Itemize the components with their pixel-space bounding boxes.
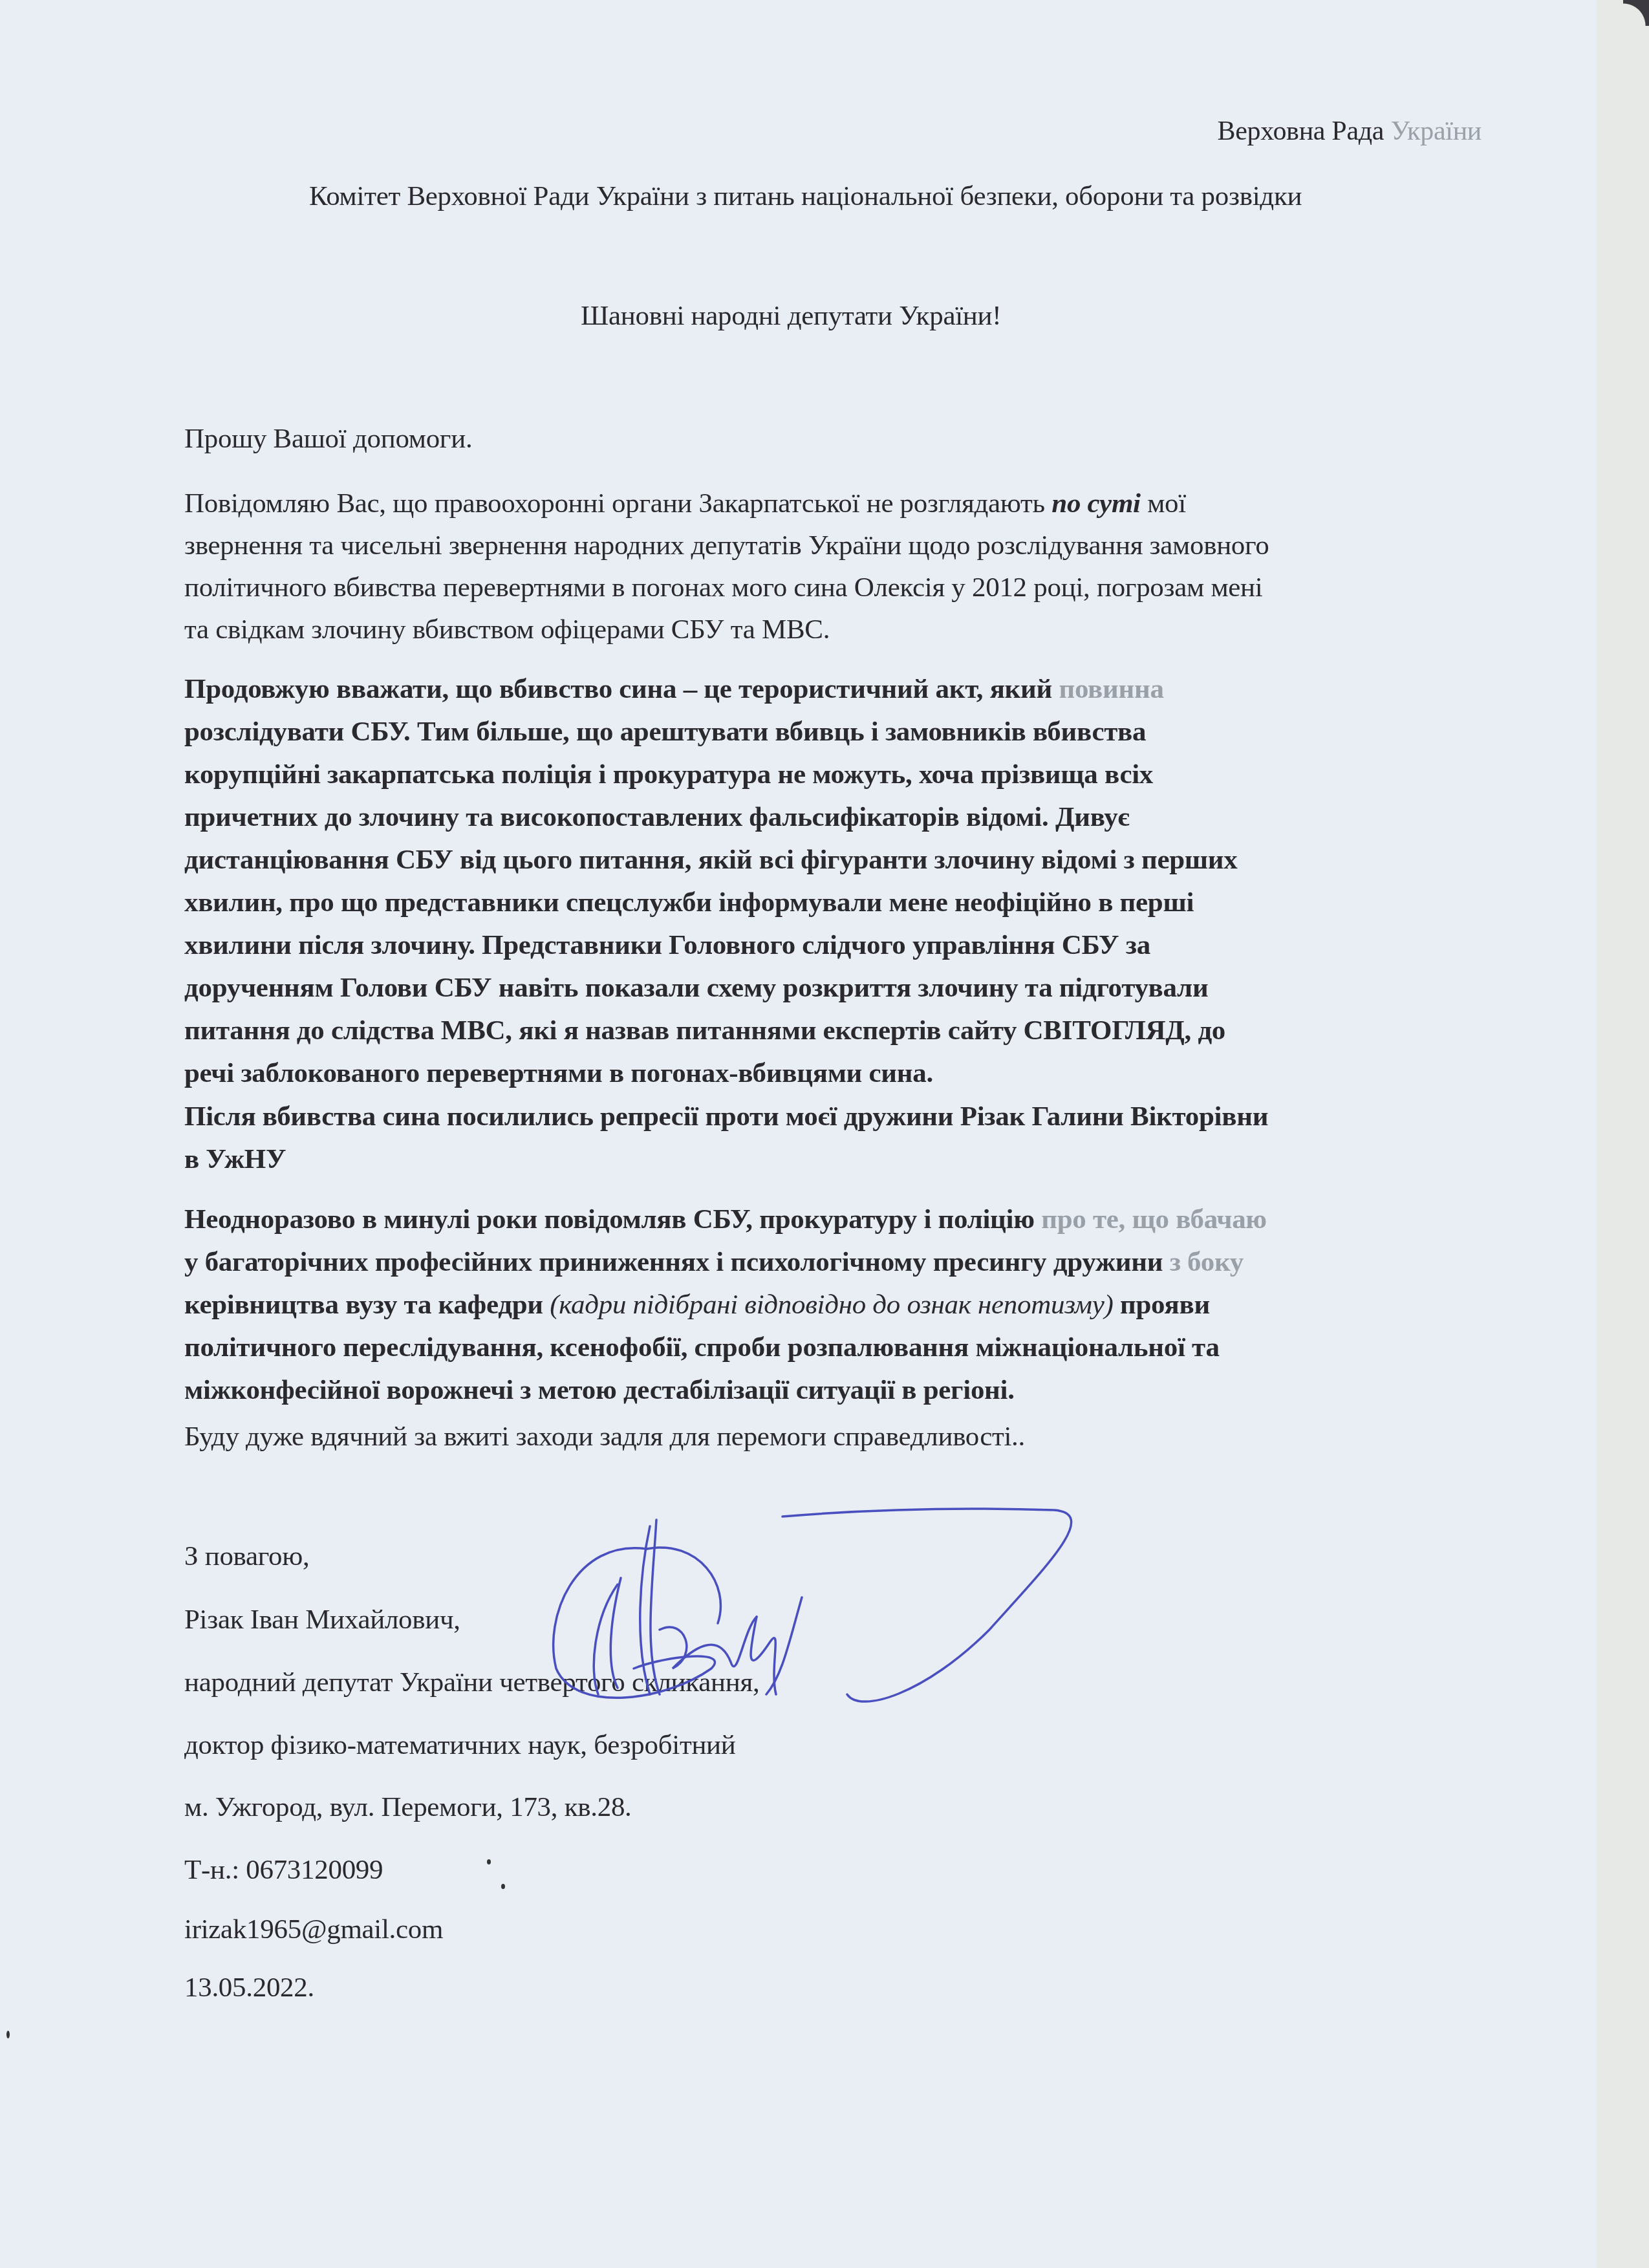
paragraph1-line1: Повідомляю Вас, що правоохоронні органи … (184, 490, 1186, 517)
paragraph4-line2: у багаторічних професійних приниженнях і… (184, 1248, 1244, 1276)
paragraph4-line4: політичного переслідування, ксенофобії, … (184, 1334, 1220, 1361)
paragraph4-line1: Неодноразово в минулі роки повідомляв СБ… (184, 1205, 1267, 1233)
paragraph2-line5: дистанціювання СБУ від цього питання, як… (184, 846, 1238, 874)
paragraph1-line3: політичного вбивства перевертнями в пого… (184, 574, 1262, 601)
signer-email: irizak1965@gmail.com (184, 1916, 443, 1943)
regards: З повагою, (184, 1542, 310, 1570)
paragraph2-line7: хвилини після злочину. Представники Голо… (184, 931, 1150, 959)
paragraph3-line2: в УжНУ (184, 1145, 286, 1173)
paragraph2-line3: корупційні закарпатська поліція і прокур… (184, 761, 1153, 788)
paragraph1-line4: та свідкам злочину вбивством офіцерами С… (184, 616, 830, 643)
paragraph1-line2: звернення та чисельні звернення народних… (184, 532, 1269, 559)
signer-phone: Т-н.: 0673120099 (184, 1856, 383, 1884)
paragraph2-line2: розслідувати СБУ. Тим більше, що арештув… (184, 718, 1146, 746)
recipient-faded: України (1390, 116, 1482, 146)
salutation: Шановні народні депутати України! (581, 302, 1001, 330)
paragraph2-line8: дорученням Голови СБУ навіть показали сх… (184, 974, 1208, 1002)
recipient-line-2: Комітет Верховної Ради України з питань … (309, 182, 1302, 210)
recipient-visible: Верховна Рада (1218, 116, 1385, 146)
paragraph2-line9: питання до слідства МВС, які я назвав пи… (184, 1017, 1225, 1044)
paragraph4-line3: керівництва вузу та кафедри (кадри підіб… (184, 1291, 1210, 1319)
scan-speck (501, 1884, 505, 1889)
recipient-line-1: Верховна Рада України (1218, 118, 1482, 145)
closing-note: Буду дуже вдячний за вжиті заходи задля … (184, 1423, 1025, 1451)
scan-corner-shadow (1623, 0, 1649, 26)
emphasis-po-suti: по суті (1051, 488, 1140, 519)
paragraph2-line1: Продовжую вважати, що вбивство сина – це… (184, 675, 1164, 703)
document-page: Верховна Рада України Комітет Верховної … (0, 0, 1597, 2268)
emphasis-nepotism: (кадри підібрані відповідно до ознак неп… (550, 1290, 1113, 1320)
handwritten-signature (537, 1500, 1151, 1707)
signer-degree: доктор фізико-математичних наук, безробі… (184, 1731, 736, 1759)
signer-address: м. Ужгород, вул. Перемоги, 173, кв.28. (184, 1793, 632, 1821)
paragraph2-line4: причетних до злочину та високопоставлени… (184, 803, 1130, 831)
scan-speck (487, 1859, 491, 1864)
paragraph2-line6: хвилин, про що представники спецслужби і… (184, 889, 1194, 916)
paragraph3-line1: Після вбивства сина посилились репресії … (184, 1103, 1268, 1130)
intro: Прошу Вашої допомоги. (184, 425, 472, 453)
paragraph4-line5: міжконфесійної ворожнечі з метою дестабі… (184, 1376, 1015, 1404)
letter-date: 13.05.2022. (184, 1974, 314, 2002)
scan-speck (6, 2031, 10, 2038)
signer-name: Різак Іван Михайлович, (184, 1606, 460, 1634)
paragraph2-line10: речі заблокованого перевертнями в погона… (184, 1059, 933, 1087)
